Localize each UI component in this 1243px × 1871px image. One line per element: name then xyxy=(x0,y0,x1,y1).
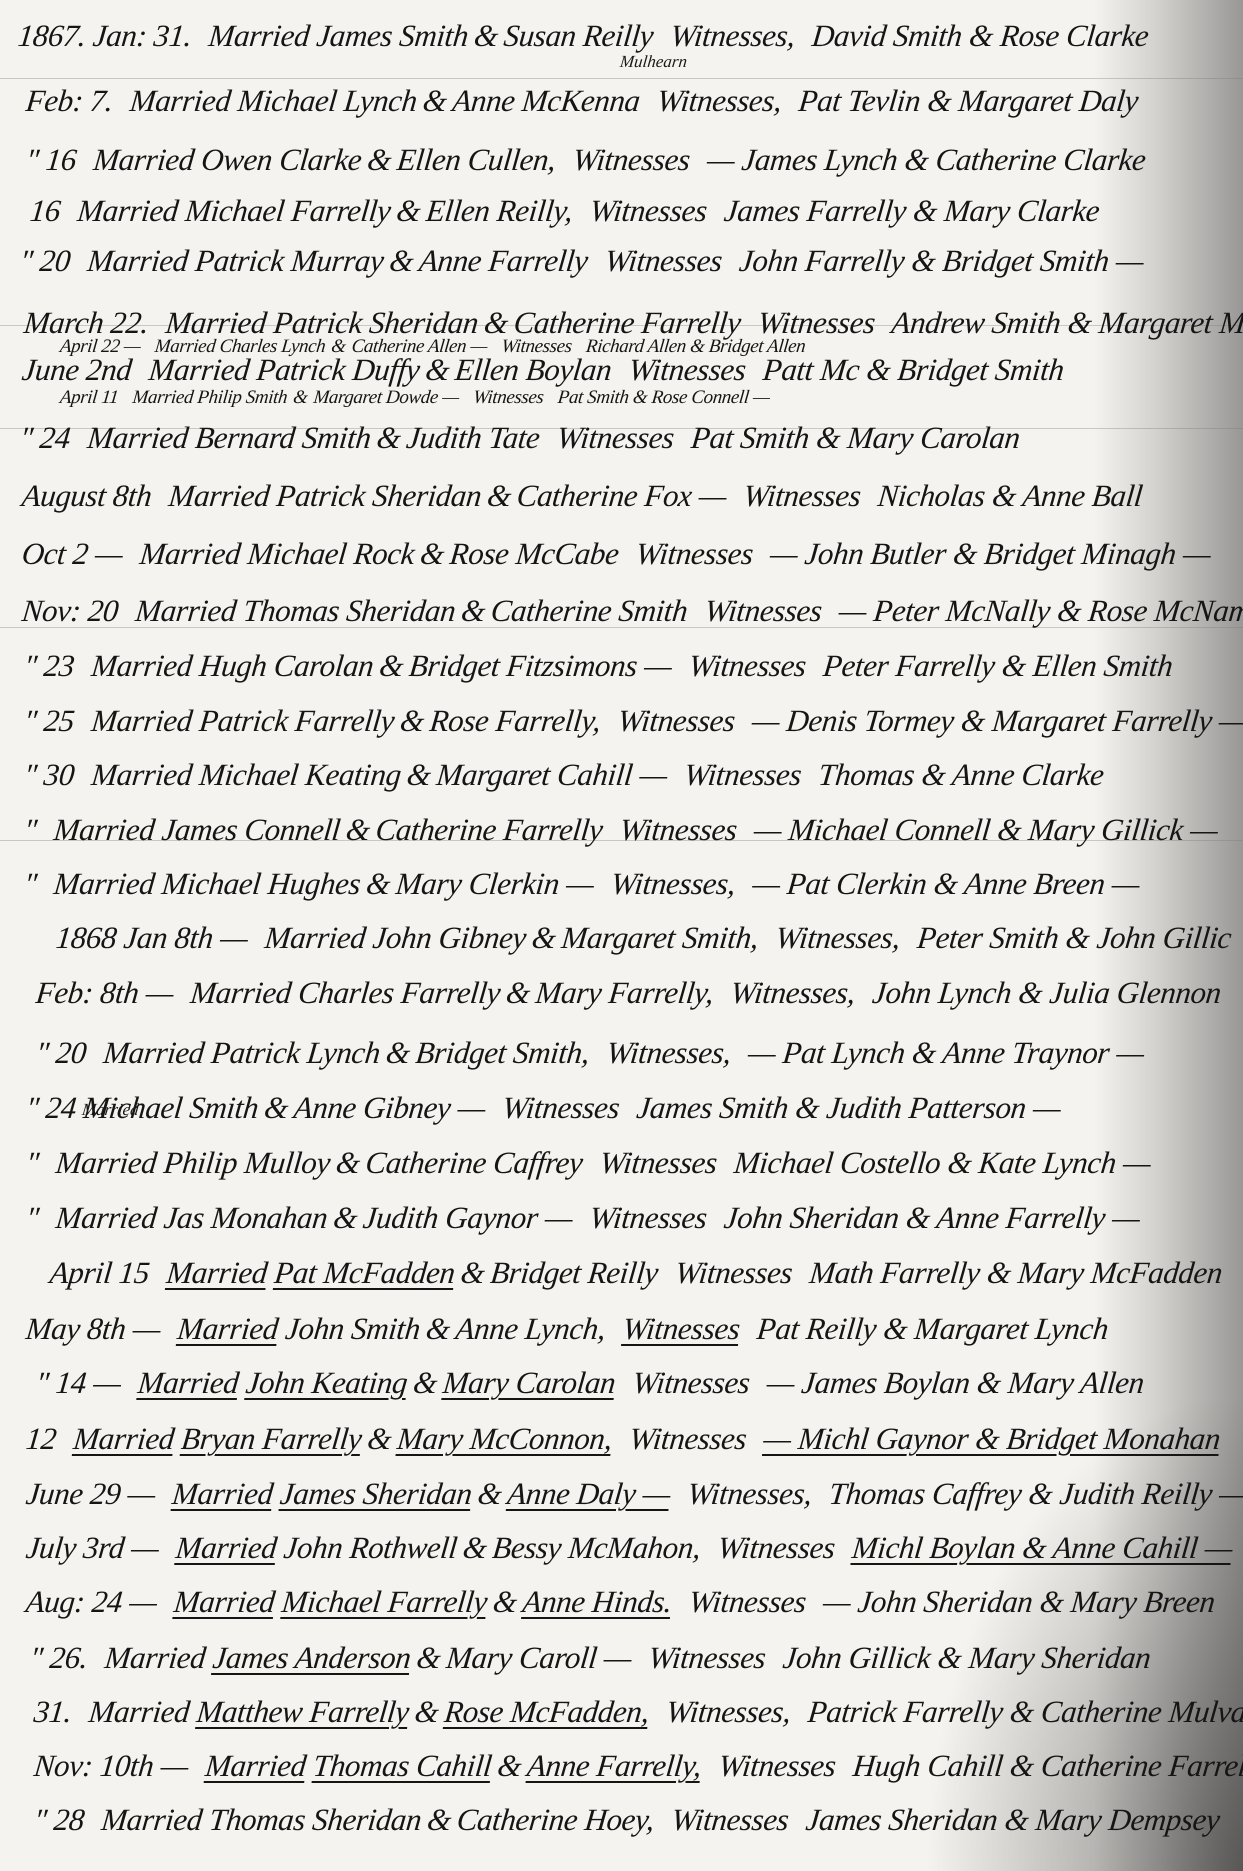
entry-groom: Patrick Farrelly xyxy=(198,703,396,738)
register-entry: " 16 Married Owen Clarke&Ellen Cullen, W… xyxy=(24,142,1243,178)
ruled-line xyxy=(0,78,1243,79)
entry-date: 12 xyxy=(24,1421,58,1457)
register-entry-interlinear: April 11 Married Philip Smith&Margaret D… xyxy=(59,387,1243,409)
entry-witnesses: Peter Farrelly & Ellen Smith xyxy=(821,648,1174,683)
entry-bride: Bridget Smith, xyxy=(414,1035,591,1070)
register-entry: 31. Married Matthew Farrelly&Rose McFadd… xyxy=(32,1694,1243,1730)
entry-witnesses: — John Sheridan & Mary Breen xyxy=(822,1584,1217,1619)
entry-witnesses-label: Witnesses, xyxy=(665,1694,793,1729)
entry-groom: Thomas Cahill xyxy=(312,1748,494,1783)
entry-bride: Ellen Reilly, xyxy=(424,193,574,228)
entry-groom: Thomas Sheridan xyxy=(242,593,458,628)
entry-date: " 24 xyxy=(18,420,72,456)
entry-bride: Catherine Caffrey xyxy=(364,1145,584,1180)
entry-groom: James Sheridan xyxy=(278,1476,473,1511)
entry-witnesses-label: Witnesses, xyxy=(729,975,857,1010)
entry-witnesses: — James Boylan & Mary Allen xyxy=(765,1365,1146,1400)
entry-witnesses-label: Witnesses xyxy=(756,305,877,340)
entry-word-married: Married xyxy=(102,1035,206,1070)
entry-witnesses: Thomas & Anne Clarke xyxy=(817,757,1106,792)
entry-witnesses-label: Witnesses xyxy=(716,1530,837,1565)
entry-date: July 3rd — xyxy=(24,1530,160,1566)
entry-word-married: Married xyxy=(92,142,196,177)
entry-date: Feb: 7. xyxy=(24,83,115,119)
entry-bride: Mary McConnon, xyxy=(395,1421,613,1456)
entry-witnesses: John Farrelly & Bridget Smith — xyxy=(738,243,1146,278)
interlinear-note: Mulhearn xyxy=(619,52,688,72)
entry-date: August 8th xyxy=(20,478,153,514)
register-entry: " Married James Connell&Catherine Farrel… xyxy=(22,812,1243,848)
entry-date: " 20 xyxy=(34,1035,88,1071)
entry-bride: Anne Gibney — xyxy=(292,1090,487,1125)
entry-witnesses: Hugh Cahill & Catherine Farrelly xyxy=(851,1748,1243,1783)
entry-bride: Anne Farrelly xyxy=(417,243,589,278)
entry-witnesses-label: Witnesses xyxy=(683,757,804,792)
entry-groom: Thomas Sheridan xyxy=(208,1802,424,1837)
entry-witnesses-label: Witnesses, xyxy=(655,83,783,118)
entry-bride: Catherine Fox — xyxy=(515,478,728,513)
entry-groom: Philip Smith xyxy=(196,387,288,408)
register-entry: 1868 Jan 8th — Married John Gibney&Marga… xyxy=(54,920,1243,956)
register-entry: " Married Jas Monahan&Judith Gaynor — Wi… xyxy=(24,1200,1243,1236)
entry-groom: Michael Rock xyxy=(246,536,416,571)
entry-witnesses-label: Witnesses xyxy=(621,1311,742,1346)
entry-witnesses-label: Witnesses xyxy=(571,142,692,177)
entry-bride: Bessy McMahon, xyxy=(491,1530,703,1565)
register-entry: 1867. Jan: 31. Married James Smith&Susan… xyxy=(16,18,1243,54)
entry-bride: Judith Tate xyxy=(405,420,542,455)
entry-date: " xyxy=(24,1200,40,1236)
entry-witnesses: — Denis Tormey & Margaret Farrelly — xyxy=(750,703,1243,738)
entry-witnesses: — James Lynch & Catherine Clarke xyxy=(705,142,1147,177)
entry-witnesses-label: Witnesses, xyxy=(609,866,737,901)
entry-word-married: Married xyxy=(90,703,194,738)
entry-bride: Anne Hinds. xyxy=(521,1584,674,1619)
register-entry: " 26. Married James Anderson&Mary Caroll… xyxy=(28,1640,1243,1676)
entry-date: 31. xyxy=(32,1694,73,1730)
entry-bride: Mary Caroll — xyxy=(445,1640,634,1675)
entry-word-married: Married xyxy=(138,536,242,571)
entry-bride: Mary Carolan xyxy=(441,1365,617,1400)
entry-witnesses: James Farrelly & Mary Clarke xyxy=(722,193,1101,228)
entry-bride: Margaret Cahill — xyxy=(435,757,669,792)
entry-bride: Rose McFadden, xyxy=(443,1694,651,1729)
entry-bride: Susan Reilly xyxy=(502,18,655,53)
entry-bride: Judith Gaynor — xyxy=(361,1200,574,1235)
entry-witnesses-label: Witnesses xyxy=(742,478,863,513)
entry-witnesses-label: Witnesses xyxy=(588,193,709,228)
entry-date: " 28 xyxy=(32,1802,86,1838)
entry-date: " xyxy=(22,866,38,902)
entry-witnesses: — Pat Clerkin & Anne Breen — xyxy=(751,866,1141,901)
entry-bride: Margaret Smith, xyxy=(560,920,760,955)
entry-groom: Patrick Duffy xyxy=(255,352,421,387)
entry-date: Oct 2 — xyxy=(20,536,124,572)
entry-groom: John Smith xyxy=(284,1311,422,1346)
entry-bride: Mary Clerkin — xyxy=(394,866,595,901)
entry-date: June 29 — xyxy=(24,1476,157,1512)
entry-date: " xyxy=(24,1145,40,1181)
entry-witnesses: — Pat Lynch & Anne Traynor — xyxy=(747,1035,1146,1070)
entry-groom: James Smith xyxy=(315,18,470,53)
entry-witnesses: John Lynch & Julia Glennon xyxy=(871,975,1223,1010)
entry-bride: Anne Lynch, xyxy=(454,1311,607,1346)
entry-witnesses-label: Witnesses xyxy=(588,1200,709,1235)
entry-word-married: Married xyxy=(128,83,232,118)
register-entry: July 3rd — Married John Rothwell&Bessy M… xyxy=(24,1530,1243,1566)
entry-word-married: Married xyxy=(52,866,156,901)
entry-groom: Patrick Murray xyxy=(194,243,386,278)
entry-groom: Philip Mulloy xyxy=(162,1145,332,1180)
entry-date: " 26. xyxy=(28,1640,89,1676)
register-entry: " 25 Married Patrick Farrelly&Rose Farre… xyxy=(22,703,1243,739)
entry-word-married: Married xyxy=(164,305,268,340)
entry-witnesses: Andrew Smith & Margaret McCabe xyxy=(890,305,1243,340)
entry-word-married: Married xyxy=(171,1476,275,1511)
entry-word-married: Married xyxy=(100,1802,204,1837)
entry-witnesses-label: Witnesses xyxy=(603,243,724,278)
entry-groom: John Gibney xyxy=(371,920,528,955)
entry-witnesses-label: Witnesses xyxy=(703,593,824,628)
register-entry: April 15 Married Pat McFadden&Bridget Re… xyxy=(48,1255,1243,1291)
entry-witnesses-label: Witnesses xyxy=(618,812,739,847)
entry-groom: John Rothwell xyxy=(282,1530,459,1565)
entry-groom: Pat McFadden xyxy=(273,1255,457,1290)
entry-witnesses-label: Witnesses xyxy=(627,352,748,387)
entry-witnesses: — Michl Gaynor & Bridget Monahan xyxy=(762,1421,1222,1456)
entry-groom: James Anderson xyxy=(211,1640,413,1675)
entry-word-married: Married xyxy=(204,1748,308,1783)
register-entry: " 24 Michael Smith&Anne Gibney — Witness… xyxy=(24,1090,1243,1126)
entry-date: 1868 Jan 8th — xyxy=(54,920,249,956)
entry-groom: Charles Farrelly xyxy=(297,975,502,1010)
entry-bride: Anne Farrelly, xyxy=(525,1748,703,1783)
register-entry: 12 Married Bryan Farrelly&Mary McConnon,… xyxy=(24,1421,1243,1457)
entry-witnesses-label: Witnesses, xyxy=(686,1476,814,1511)
entry-witnesses-label: Witnesses xyxy=(598,1145,719,1180)
entry-witnesses: Michl Boylan & Anne Cahill — xyxy=(850,1530,1234,1565)
entry-word-married: Married xyxy=(134,593,238,628)
entry-date: " 23 xyxy=(22,648,76,684)
entry-groom: Hugh Carolan xyxy=(198,648,376,683)
entry-date: Nov: 20 xyxy=(20,593,120,629)
entry-date: " 25 xyxy=(22,703,76,739)
entry-bride: Rose McCabe xyxy=(448,536,620,571)
register-entry: August 8th Married Patrick Sheridan&Cath… xyxy=(20,478,1243,514)
register-entry: " Married Michael Hughes&Mary Clerkin — … xyxy=(22,866,1243,902)
entry-word-married: Married xyxy=(207,18,311,53)
entry-groom: Jas Monahan xyxy=(162,1200,329,1235)
entry-word-married: Married xyxy=(52,812,156,847)
entry-groom: John Keating xyxy=(244,1365,409,1400)
entry-word-married: Married xyxy=(147,352,251,387)
register-entry: June 2nd Married Patrick Duffy&Ellen Boy… xyxy=(20,352,1243,388)
entry-groom: James Connell xyxy=(160,812,342,847)
entry-witnesses: Patt Mc & Bridget Smith xyxy=(761,352,1065,387)
register-entry: " Married Philip Mulloy&Catherine Caffre… xyxy=(24,1145,1243,1181)
entry-witnesses-label: Witnesses xyxy=(687,648,808,683)
entry-date: April 11 xyxy=(59,387,120,409)
entry-date: 16 xyxy=(28,193,62,229)
entry-word-married: Married xyxy=(132,387,195,408)
entry-date: April 15 xyxy=(48,1255,151,1291)
entry-bride: Mary Farrelly, xyxy=(534,975,715,1010)
entry-witnesses-label: Witnesses xyxy=(616,703,737,738)
register-entry: " 23 Married Hugh Carolan&Bridget Fitzsi… xyxy=(22,648,1243,684)
entry-word-married: Married xyxy=(172,1584,276,1619)
entry-witnesses: Michael Costello & Kate Lynch — xyxy=(732,1145,1152,1180)
register-entry: 16 Married Michael Farrelly&Ellen Reilly… xyxy=(28,193,1243,229)
entry-groom: Matthew Farrelly xyxy=(195,1694,411,1729)
entry-word-married: Married xyxy=(90,648,194,683)
entry-witnesses: Patrick Farrelly & Catherine Mulvaney xyxy=(806,1694,1243,1729)
entry-groom: Michael Smith xyxy=(82,1090,260,1125)
entry-groom: Owen Clarke xyxy=(200,142,364,177)
register-entry: " 30 Married Michael Keating&Margaret Ca… xyxy=(22,757,1243,793)
entry-date: 1867. Jan: 31. xyxy=(16,18,193,54)
entry-witnesses-label: Witnesses xyxy=(687,1584,808,1619)
entry-date: Feb: 8th — xyxy=(34,975,175,1011)
entry-word-married: Married xyxy=(174,1530,278,1565)
entry-witnesses-label: Witnesses xyxy=(555,420,676,455)
entry-groom: Michael Farrelly xyxy=(184,193,393,228)
entry-word-married: Married xyxy=(165,1255,269,1290)
entry-witnesses: Math Farrelly & Mary McFadden xyxy=(808,1255,1224,1290)
entry-witnesses-label: Witnesses xyxy=(628,1421,749,1456)
entry-word-married: Married xyxy=(76,193,180,228)
entry-bride: Anne McKenna xyxy=(451,83,642,118)
entry-witnesses-label: Witnesses xyxy=(634,536,755,571)
entry-bride: Catherine Farrelly xyxy=(512,305,742,340)
entry-witnesses-label: Witnesses xyxy=(670,1802,791,1837)
entry-witnesses: Peter Smith & John Gillic xyxy=(916,920,1233,955)
entry-bride: Ellen Boylan xyxy=(453,352,613,387)
entry-word-married: Married xyxy=(263,920,367,955)
entry-groom: Michael Keating xyxy=(198,757,403,792)
entry-witnesses: Pat Smith & Rose Connell — xyxy=(557,387,771,408)
entry-word-married: Married xyxy=(167,478,271,513)
entry-witnesses: Pat Smith & Mary Carolan xyxy=(689,420,1021,455)
entry-word-married: Married xyxy=(176,1311,280,1346)
entry-witnesses: — Michael Connell & Mary Gillick — xyxy=(752,812,1219,847)
entry-witnesses: — Peter McNally & Rose McNamee xyxy=(837,593,1243,628)
entry-date: " 30 xyxy=(22,757,76,793)
entry-witnesses-label: Witnesses xyxy=(647,1640,768,1675)
entry-word-married: Married xyxy=(87,1694,191,1729)
entry-witnesses-label: Witnesses xyxy=(717,1748,838,1783)
register-entry: Aug: 24 — Married Michael Farrelly&Anne … xyxy=(24,1584,1243,1620)
entry-date: June 2nd xyxy=(20,352,133,388)
entry-word-married: Married xyxy=(72,1421,176,1456)
entry-date: " 16 xyxy=(24,142,78,178)
entry-groom: Michael Hughes xyxy=(160,866,362,901)
register-entry: May 8th — Married John Smith&Anne Lynch,… xyxy=(24,1311,1243,1347)
register-entry: Nov: 10th — Married Thomas Cahill&Anne F… xyxy=(32,1748,1243,1784)
entry-date: " xyxy=(22,812,38,848)
entry-groom: Patrick Sheridan xyxy=(272,305,480,340)
entry-witnesses: James Smith & Judith Patterson — xyxy=(635,1090,1062,1125)
register-entry: " 20 Married Patrick Lynch&Bridget Smith… xyxy=(34,1035,1243,1071)
register-entry: " 28 Married Thomas Sheridan&Catherine H… xyxy=(32,1802,1243,1838)
entry-word-married: Married xyxy=(86,420,190,455)
entry-word-married: Married xyxy=(103,1640,207,1675)
entry-witnesses: — John Butler & Bridget Minagh — xyxy=(769,536,1213,571)
entry-word-married: Married xyxy=(54,1200,158,1235)
entry-witnesses-label: Witnesses xyxy=(631,1365,752,1400)
entry-bride: Catherine Smith xyxy=(489,593,689,628)
entry-bride: Ellen Cullen, xyxy=(395,142,557,177)
entry-witnesses: John Sheridan & Anne Farrelly — xyxy=(722,1200,1141,1235)
entry-witnesses-label: Witnesses, xyxy=(669,18,797,53)
entry-word-married: Married xyxy=(90,757,194,792)
entry-witnesses: James Sheridan & Mary Dempsey xyxy=(804,1802,1221,1837)
register-entry: June 29 — Married James Sheridan&Anne Da… xyxy=(24,1476,1243,1512)
entry-witnesses-label: Witnesses xyxy=(674,1255,795,1290)
entry-witnesses-label: Witnesses, xyxy=(605,1035,733,1070)
entry-bride: Bridget Fitzsimons — xyxy=(407,648,673,683)
entry-witnesses-label: Witnesses, xyxy=(774,920,902,955)
entry-groom: Michael Farrelly xyxy=(280,1584,489,1619)
register-entry: Feb: 7. Married Michael Lynch&Anne McKen… xyxy=(24,83,1243,119)
register-entry: " 24 Married Bernard Smith&Judith Tate W… xyxy=(18,420,1243,456)
entry-groom: Michael Lynch xyxy=(236,83,419,118)
entry-witnesses: David Smith & Rose Clarke xyxy=(810,18,1150,53)
entry-date: Aug: 24 — xyxy=(24,1584,159,1620)
entry-word-married: Married xyxy=(86,243,190,278)
entry-bride: Anne Daly — xyxy=(506,1476,672,1511)
entry-groom: Bryan Farrelly xyxy=(180,1421,364,1456)
entry-word-married: Married xyxy=(54,1145,158,1180)
entry-date: " 24 xyxy=(24,1090,78,1126)
entry-date: " 20 xyxy=(18,243,72,279)
entry-bride: Bridget Reilly xyxy=(489,1255,660,1290)
entry-groom: Patrick Sheridan xyxy=(275,478,483,513)
entry-word-married: Married xyxy=(189,975,293,1010)
entry-bride: Margaret Dowde — xyxy=(312,387,459,408)
entry-date: Nov: 10th — xyxy=(32,1748,190,1784)
register-page: Mulhearn Married 1867. Jan: 31. Married … xyxy=(0,0,1243,1871)
register-entry: " 20 Married Patrick Murray&Anne Farrell… xyxy=(18,243,1243,279)
entry-witnesses: Pat Tevlin & Margaret Daly xyxy=(797,83,1140,118)
entry-witnesses-label: Witnesses xyxy=(501,1090,622,1125)
entry-bride: Catherine Farrelly xyxy=(374,812,604,847)
entry-groom: Patrick Lynch xyxy=(210,1035,382,1070)
entry-witnesses-label: Witnesses xyxy=(472,387,545,408)
register-entry: Feb: 8th — Married Charles Farrelly&Mary… xyxy=(34,975,1243,1011)
register-entry: Oct 2 — Married Michael Rock&Rose McCabe… xyxy=(20,536,1243,572)
entry-witnesses: Thomas Caffrey & Judith Reilly — xyxy=(827,1476,1243,1511)
entry-witnesses: John Gillick & Mary Sheridan xyxy=(781,1640,1152,1675)
entry-word-married: Married xyxy=(136,1365,240,1400)
entry-date: May 8th — xyxy=(24,1311,162,1347)
register-entry: Nov: 20 Married Thomas Sheridan&Catherin… xyxy=(20,593,1243,629)
entry-bride: Rose Farrelly, xyxy=(428,703,602,738)
entry-date: " 14 — xyxy=(34,1365,122,1401)
entry-groom: Bernard Smith xyxy=(194,420,373,455)
entry-bride: Catherine Hoey, xyxy=(455,1802,656,1837)
entry-witnesses: Pat Reilly & Margaret Lynch xyxy=(755,1311,1110,1346)
entry-witnesses: Nicholas & Anne Ball xyxy=(876,478,1144,513)
register-entry: " 14 — Married John Keating&Mary Carolan… xyxy=(34,1365,1243,1401)
